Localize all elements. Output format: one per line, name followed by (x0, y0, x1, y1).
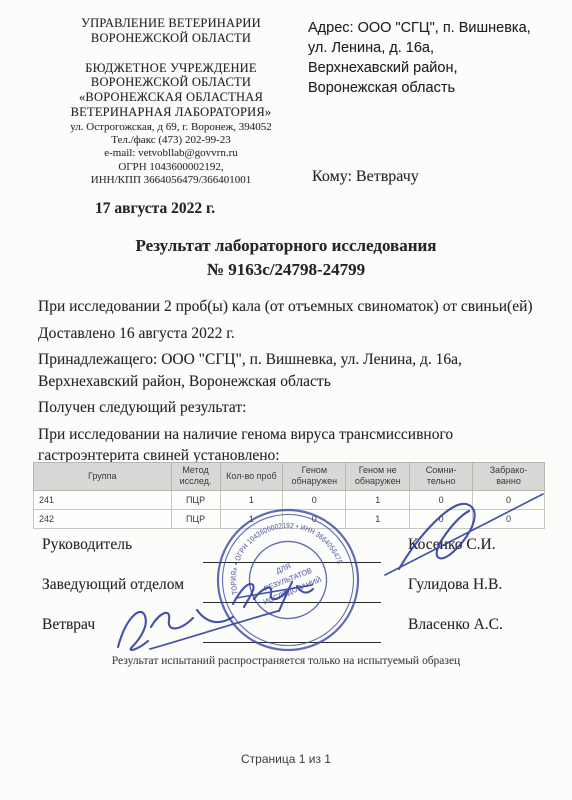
cell-method: ПЦР (171, 490, 220, 509)
recipient-address: Адрес: ООО "СГЦ", п. Вишневка, ул. Ленин… (308, 18, 536, 98)
signature-role-head-of-department: Заведующий отделом (42, 576, 184, 594)
letterhead-phone: Тел./факс (473) 202-99-23 (35, 134, 307, 147)
page-number: Страница 1 из 1 (0, 752, 572, 766)
paragraph-test-description: При исследовании на наличие генома вирус… (38, 424, 544, 467)
cell-group: 242 (34, 509, 172, 528)
letterhead-institution-line: «ВОРОНЕЖСКАЯ ОБЛАСТНАЯ (35, 90, 307, 105)
cell-rejected: 0 (473, 509, 545, 528)
col-header-sample-count: Кол-во проб (220, 463, 283, 491)
signature-name-veterinarian: Власенко А.С. (408, 616, 503, 634)
cell-method: ПЦР (171, 509, 220, 528)
signature-name-director: Косенко С.И. (408, 536, 496, 554)
cell-rejected: 0 (473, 490, 545, 509)
letterhead-ogrn: ОГРН 1043600002192, (35, 161, 307, 174)
body-text: При исследовании 2 проб(ы) кала (от отъе… (38, 296, 544, 472)
col-header-doubtful: Сомни- тельно (410, 463, 473, 491)
footer-note: Результат испытаний распространяется тол… (0, 655, 572, 667)
paragraph-owner: Принадлежащего: ООО "СГЦ", п. Вишневка, … (38, 349, 544, 392)
document-title-line1: Результат лабораторного исследования (0, 234, 572, 258)
paragraph-result-intro: Получен следующий результат: (38, 397, 544, 419)
col-header-group: Группа (34, 463, 172, 491)
letterhead-inn-kpp: ИНН/КПП 3664056479/366401001 (35, 174, 307, 187)
paragraph-delivered: Доставлено 16 августа 2022 г. (38, 323, 544, 345)
col-header-genome-not-found: Геном не обнаружен (346, 463, 410, 491)
paragraph-samples: При исследовании 2 проб(ы) кала (от отъе… (38, 296, 544, 318)
lab-result-document: УПРАВЛЕНИЕ ВЕТЕРИНАРИИ ВОРОНЕЖСКОЙ ОБЛАС… (0, 0, 572, 800)
document-number: № 9163с/24798-24799 (0, 258, 572, 282)
letterhead-street-address: ул. Острогожская, д 69, г. Воронеж, 3940… (35, 121, 307, 134)
col-header-method: Метод исслед. (171, 463, 220, 491)
letterhead: УПРАВЛЕНИЕ ВЕТЕРИНАРИИ ВОРОНЕЖСКОЙ ОБЛАС… (35, 16, 307, 188)
letterhead-email: e-mail: vetvobllab@govvrn.ru (35, 147, 307, 160)
signature-role-veterinarian: Ветврач (42, 616, 95, 634)
document-title: Результат лабораторного исследования № 9… (0, 234, 572, 282)
signature-role-director: Руководитель (42, 536, 132, 554)
cell-doubtful: 0 (410, 509, 473, 528)
col-header-rejected: Забрако- ванно (473, 463, 545, 491)
cell-doubtful: 0 (410, 490, 473, 509)
letterhead-institution-line: ВЕТЕРИНАРНАЯ ЛАБОРАТОРИЯ» (35, 105, 307, 120)
letterhead-institution-line: БЮДЖЕТНОЕ УЧРЕЖДЕНИЕ (35, 61, 307, 76)
recipient-to: Кому: Ветврачу (312, 168, 419, 186)
document-date: 17 августа 2022 г. (95, 200, 215, 218)
letterhead-institution-line: ВОРОНЕЖСКОЙ ОБЛАСТИ (35, 75, 307, 90)
cell-group: 241 (34, 490, 172, 509)
results-table-header-row: Группа Метод исслед. Кол-во проб Геном о… (34, 463, 545, 491)
col-header-genome-found: Геном обнаружен (283, 463, 346, 491)
letterhead-department-line: УПРАВЛЕНИЕ ВЕТЕРИНАРИИ (35, 16, 307, 31)
round-stamp-seal: БУВО «ВОРОНЕЖСКАЯ ОБЛАСТНАЯ ВЕТЛАБОРАТОР… (215, 507, 361, 653)
signature-name-head-of-department: Гулидова Н.В. (408, 576, 502, 594)
letterhead-department-line: ВОРОНЕЖСКОЙ ОБЛАСТИ (35, 31, 307, 46)
